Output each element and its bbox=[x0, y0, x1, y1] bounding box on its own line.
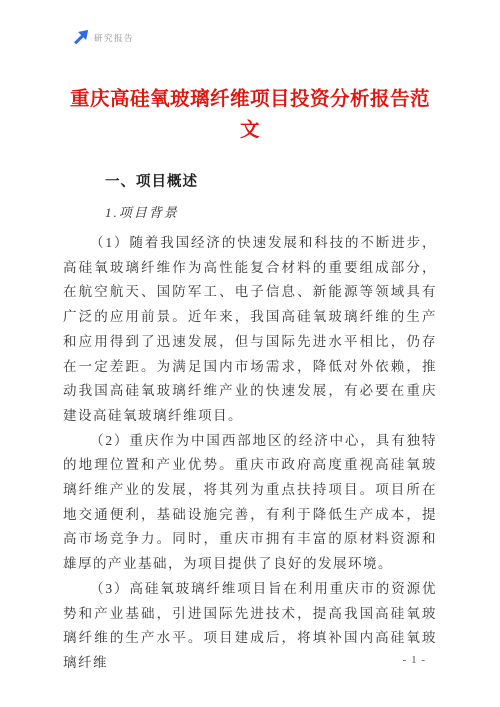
paragraph-1: （1）随着我国经济的快速发展和科技的不断进步，高硅氧玻璃纤维作为高性能复合材料的… bbox=[63, 231, 437, 429]
brand-logo: 研究报告 bbox=[72, 29, 134, 46]
brand-name: 研究报告 bbox=[94, 32, 134, 44]
page-number: - 1 - bbox=[403, 654, 426, 666]
section-heading: 一、项目概述 bbox=[105, 170, 437, 191]
paragraph-2: （2）重庆作为中国西部地区的经济中心，具有独特的地理位置和产业优势。重庆市政府高… bbox=[63, 429, 437, 577]
document-title: 重庆高硅氧玻璃纤维项目投资分析报告范文 bbox=[63, 84, 437, 146]
document-page: 研究报告 重庆高硅氧玻璃纤维项目投资分析报告范文 一、项目概述 1.项目背景 （… bbox=[0, 0, 500, 707]
subsection-heading: 1.项目背景 bbox=[105, 202, 437, 221]
paragraph-3: （3）高硅氧玻璃纤维项目旨在利用重庆市的资源优势和产业基础，引进国际先进技术，提… bbox=[63, 577, 437, 676]
arrow-up-right-icon bbox=[72, 29, 89, 46]
